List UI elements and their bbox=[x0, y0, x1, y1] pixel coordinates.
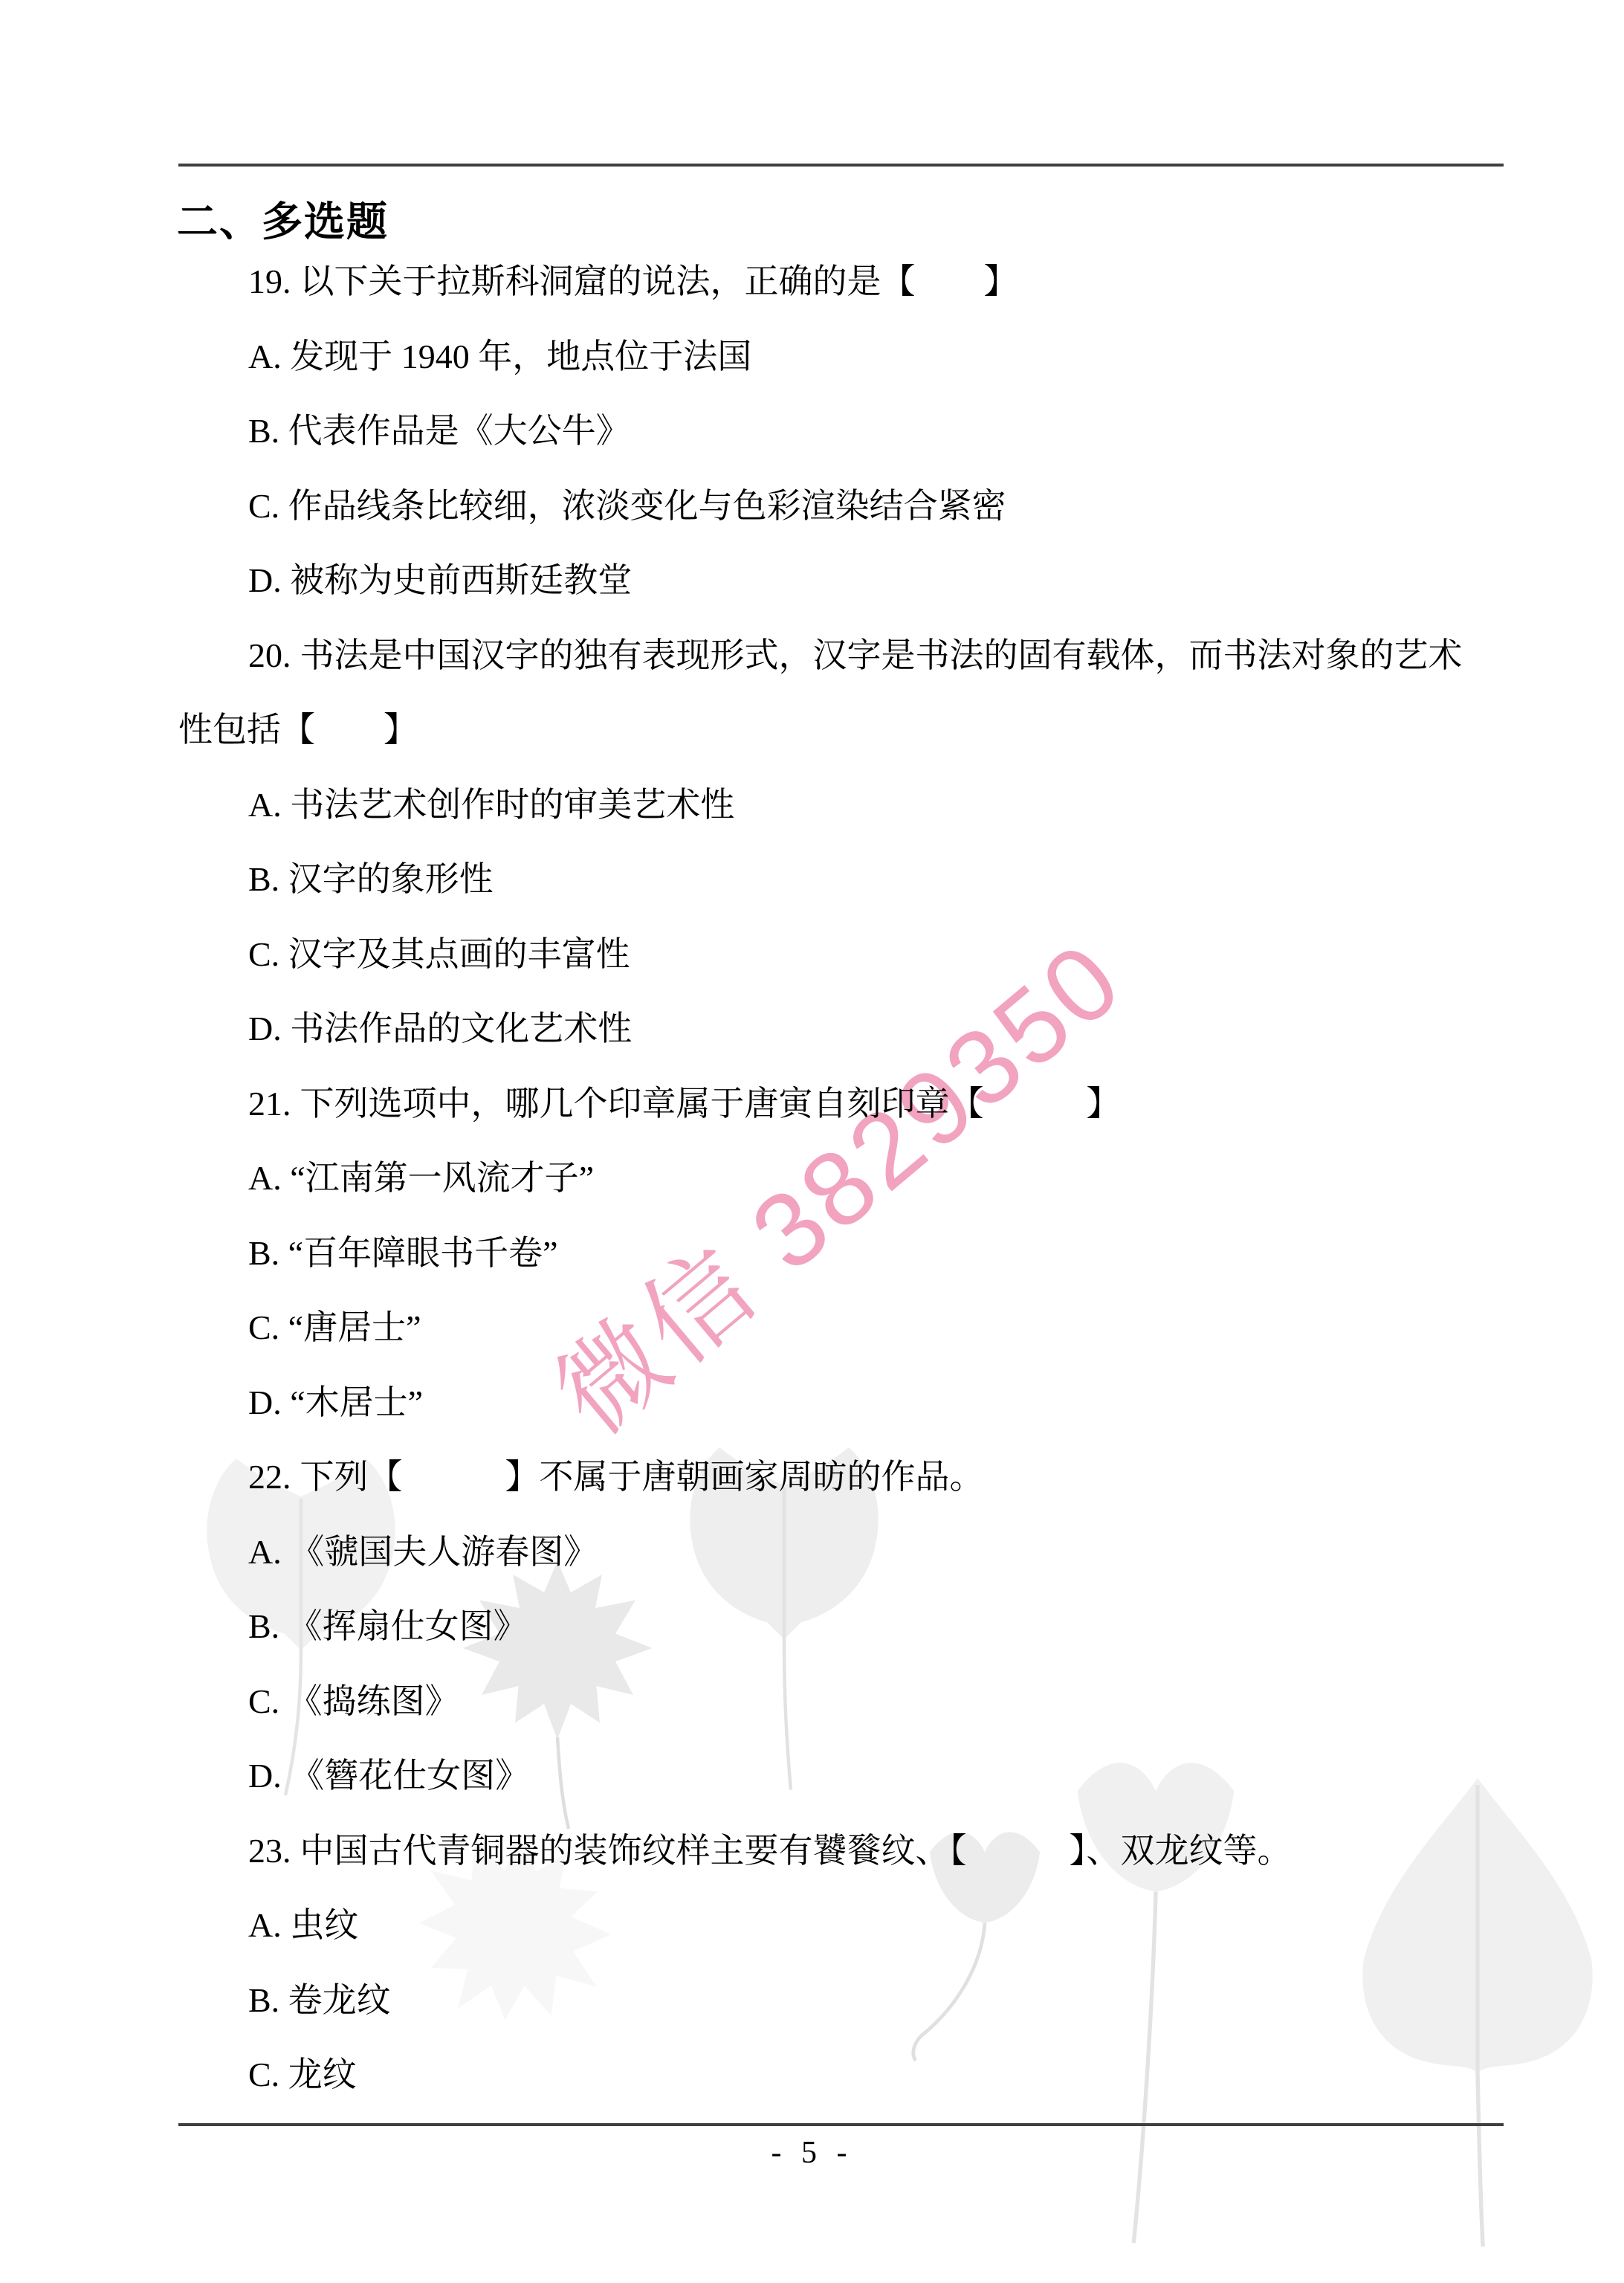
question-stem: 19.以下关于拉斯科洞窟的说法，正确的是【 】 bbox=[178, 260, 1579, 303]
question-number: 20. bbox=[248, 636, 291, 674]
question-stem: 22.下列【 】不属于唐朝画家周昉的作品。 bbox=[178, 1456, 1579, 1499]
option-item: D. 被称为史前西斯廷教堂 bbox=[178, 559, 1579, 602]
option-item: D. “木居士” bbox=[178, 1381, 1579, 1424]
question-stem: 20.书法是中国汉字的独有表现形式，汉字是书法的固有载体，而书法对象的艺术 bbox=[178, 634, 1579, 677]
option-item: B. “百年障眼书千卷” bbox=[178, 1232, 1579, 1275]
question-number: 21. bbox=[248, 1085, 291, 1123]
question-number: 22. bbox=[248, 1458, 291, 1496]
option-item: D. 《簪花仕女图》 bbox=[178, 1754, 1579, 1798]
exam-page: 微信 3829350 二、多选题 19.以下关于拉斯科洞窟的说法，正确的是【 】… bbox=[0, 0, 1624, 2283]
question-text: 书法是中国汉字的独有表现形式，汉字是书法的固有载体，而书法对象的艺术 bbox=[300, 636, 1463, 674]
question-text: 以下关于拉斯科洞窟的说法，正确的是【 】 bbox=[300, 262, 1018, 300]
section-heading: 二、多选题 bbox=[177, 189, 389, 248]
option-item: C. 作品线条比较细，浓淡变化与色彩渲染结合紧密 bbox=[178, 485, 1579, 528]
option-item: B. 代表作品是《大公牛》 bbox=[178, 410, 1579, 453]
question-stem: 21.下列选项中，哪几个印章属于唐寅自刻印章【 】 bbox=[178, 1082, 1579, 1126]
option-item: C. “唐居士” bbox=[178, 1306, 1579, 1349]
top-divider-line bbox=[178, 164, 1504, 167]
page-number: - 5 - bbox=[0, 2135, 1624, 2171]
question-text: 下列选项中，哪几个印章属于唐寅自刻印章【 】 bbox=[300, 1085, 1121, 1123]
option-item: B. 卷龙纹 bbox=[178, 1979, 1579, 2022]
question-stem-continuation: 性包括【 】 bbox=[178, 708, 1509, 752]
question-stem: 23.中国古代青铜器的装饰纹样主要有饕餮纹、【 】、双龙纹等。 bbox=[178, 1830, 1579, 1873]
bottom-divider-line bbox=[178, 2123, 1504, 2126]
option-item: C. 龙纹 bbox=[178, 2053, 1579, 2096]
option-item: A. 虫纹 bbox=[178, 1904, 1579, 1947]
option-item: C. 汉字及其点画的丰富性 bbox=[178, 933, 1579, 976]
question-text: 下列【 】不属于唐朝画家周昉的作品。 bbox=[300, 1458, 984, 1496]
option-item: C. 《捣练图》 bbox=[178, 1680, 1579, 1723]
option-item: D. 书法作品的文化艺术性 bbox=[178, 1007, 1579, 1050]
question-text: 中国古代青铜器的装饰纹样主要有饕餮纹、【 】、双龙纹等。 bbox=[300, 1832, 1292, 1870]
question-number: 19. bbox=[248, 262, 291, 300]
option-item: A. “江南第一风流才子” bbox=[178, 1157, 1579, 1200]
option-item: A. 《虢国夫人游春图》 bbox=[178, 1531, 1579, 1574]
option-item: B. 汉字的象形性 bbox=[178, 858, 1579, 901]
question-number: 23. bbox=[248, 1832, 291, 1870]
option-item: A. 书法艺术创作时的审美艺术性 bbox=[178, 784, 1579, 827]
option-item: B. 《挥扇仕女图》 bbox=[178, 1605, 1579, 1648]
option-item: A. 发现于 1940 年，地点位于法国 bbox=[178, 335, 1579, 378]
